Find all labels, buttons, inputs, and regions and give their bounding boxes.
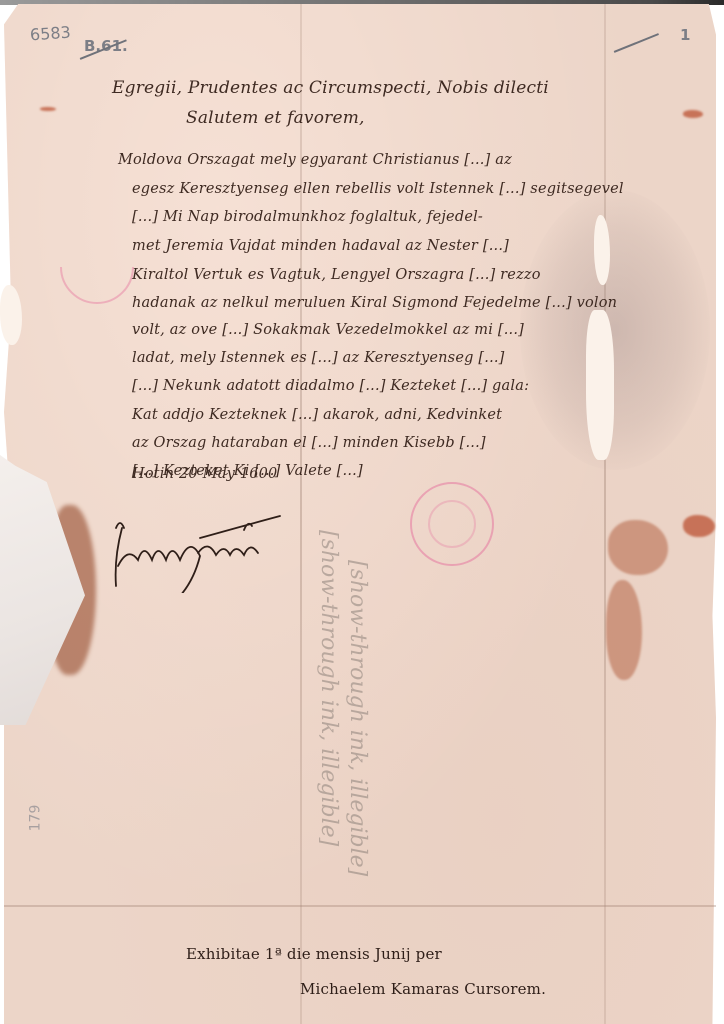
body-line: az Orszag hataraban el [...] minden Kise… — [132, 435, 486, 451]
signature-scrawl — [108, 508, 288, 593]
body-line: [...] Mi Nap birodalmunkhoz foglaltuk, f… — [132, 209, 483, 225]
ink-blot — [683, 110, 703, 118]
body-line: egesz Keresztyenseg ellen rebellis volt … — [132, 181, 624, 197]
body-line: Kiraltol Vertuk es Vagtuk, Lengyel Orsza… — [132, 267, 541, 283]
body-line: ladat, mely Istennek es [...] az Kereszt… — [132, 350, 505, 366]
date-year: 1600 — [240, 466, 278, 482]
date-day: 20 — [179, 466, 198, 482]
show-through-text: [show-through ink, illegible] — [316, 530, 341, 790]
salutation-line-2: Salutem et favorem, — [186, 108, 365, 128]
margin-note: 179 — [27, 805, 43, 832]
ink-blot — [40, 107, 56, 111]
body-line: volt, az ove [...] Sokakmak Vezedelmokke… — [132, 322, 524, 338]
date-month: May — [203, 466, 235, 482]
folio-number: 1 — [680, 26, 690, 44]
body-line: Moldova Orszagat mely egyarant Christian… — [118, 152, 512, 168]
rust-stain — [683, 515, 715, 537]
endorsement-line-1: Exhibitae 1ª die mensis Junij per — [186, 945, 442, 963]
body-line: met Jeremia Vajdat minden hadaval az Nes… — [132, 238, 509, 254]
rust-stain — [608, 520, 668, 575]
salutation-line-1: Egregii, Prudentes ac Circumspecti, Nobi… — [112, 78, 549, 98]
fold-line-horizontal — [4, 905, 716, 907]
paper-tear — [586, 310, 614, 460]
body-line: Kat addjo Kezteknek [...] akarok, adni, … — [132, 407, 502, 423]
body-line: [...] Nekunk adatott diadalmo [...] Kezt… — [132, 378, 529, 394]
archive-number: 6583 — [29, 23, 71, 45]
show-through-text: [show-through ink, illegible] — [345, 560, 370, 800]
archive-stamp-inner — [428, 500, 476, 548]
endorsement-line-2: Michaelem Kamaras Cursorem. — [300, 980, 546, 998]
date-place: Hotin — [132, 466, 174, 482]
fold-line-vertical — [604, 4, 606, 1024]
body-line: hadanak az nelkul meruluen Kiral Sigmond… — [132, 295, 617, 311]
water-stain — [520, 190, 710, 470]
date-line: Hotin 20 May 1600 — [132, 466, 277, 482]
rust-stain — [606, 580, 642, 680]
